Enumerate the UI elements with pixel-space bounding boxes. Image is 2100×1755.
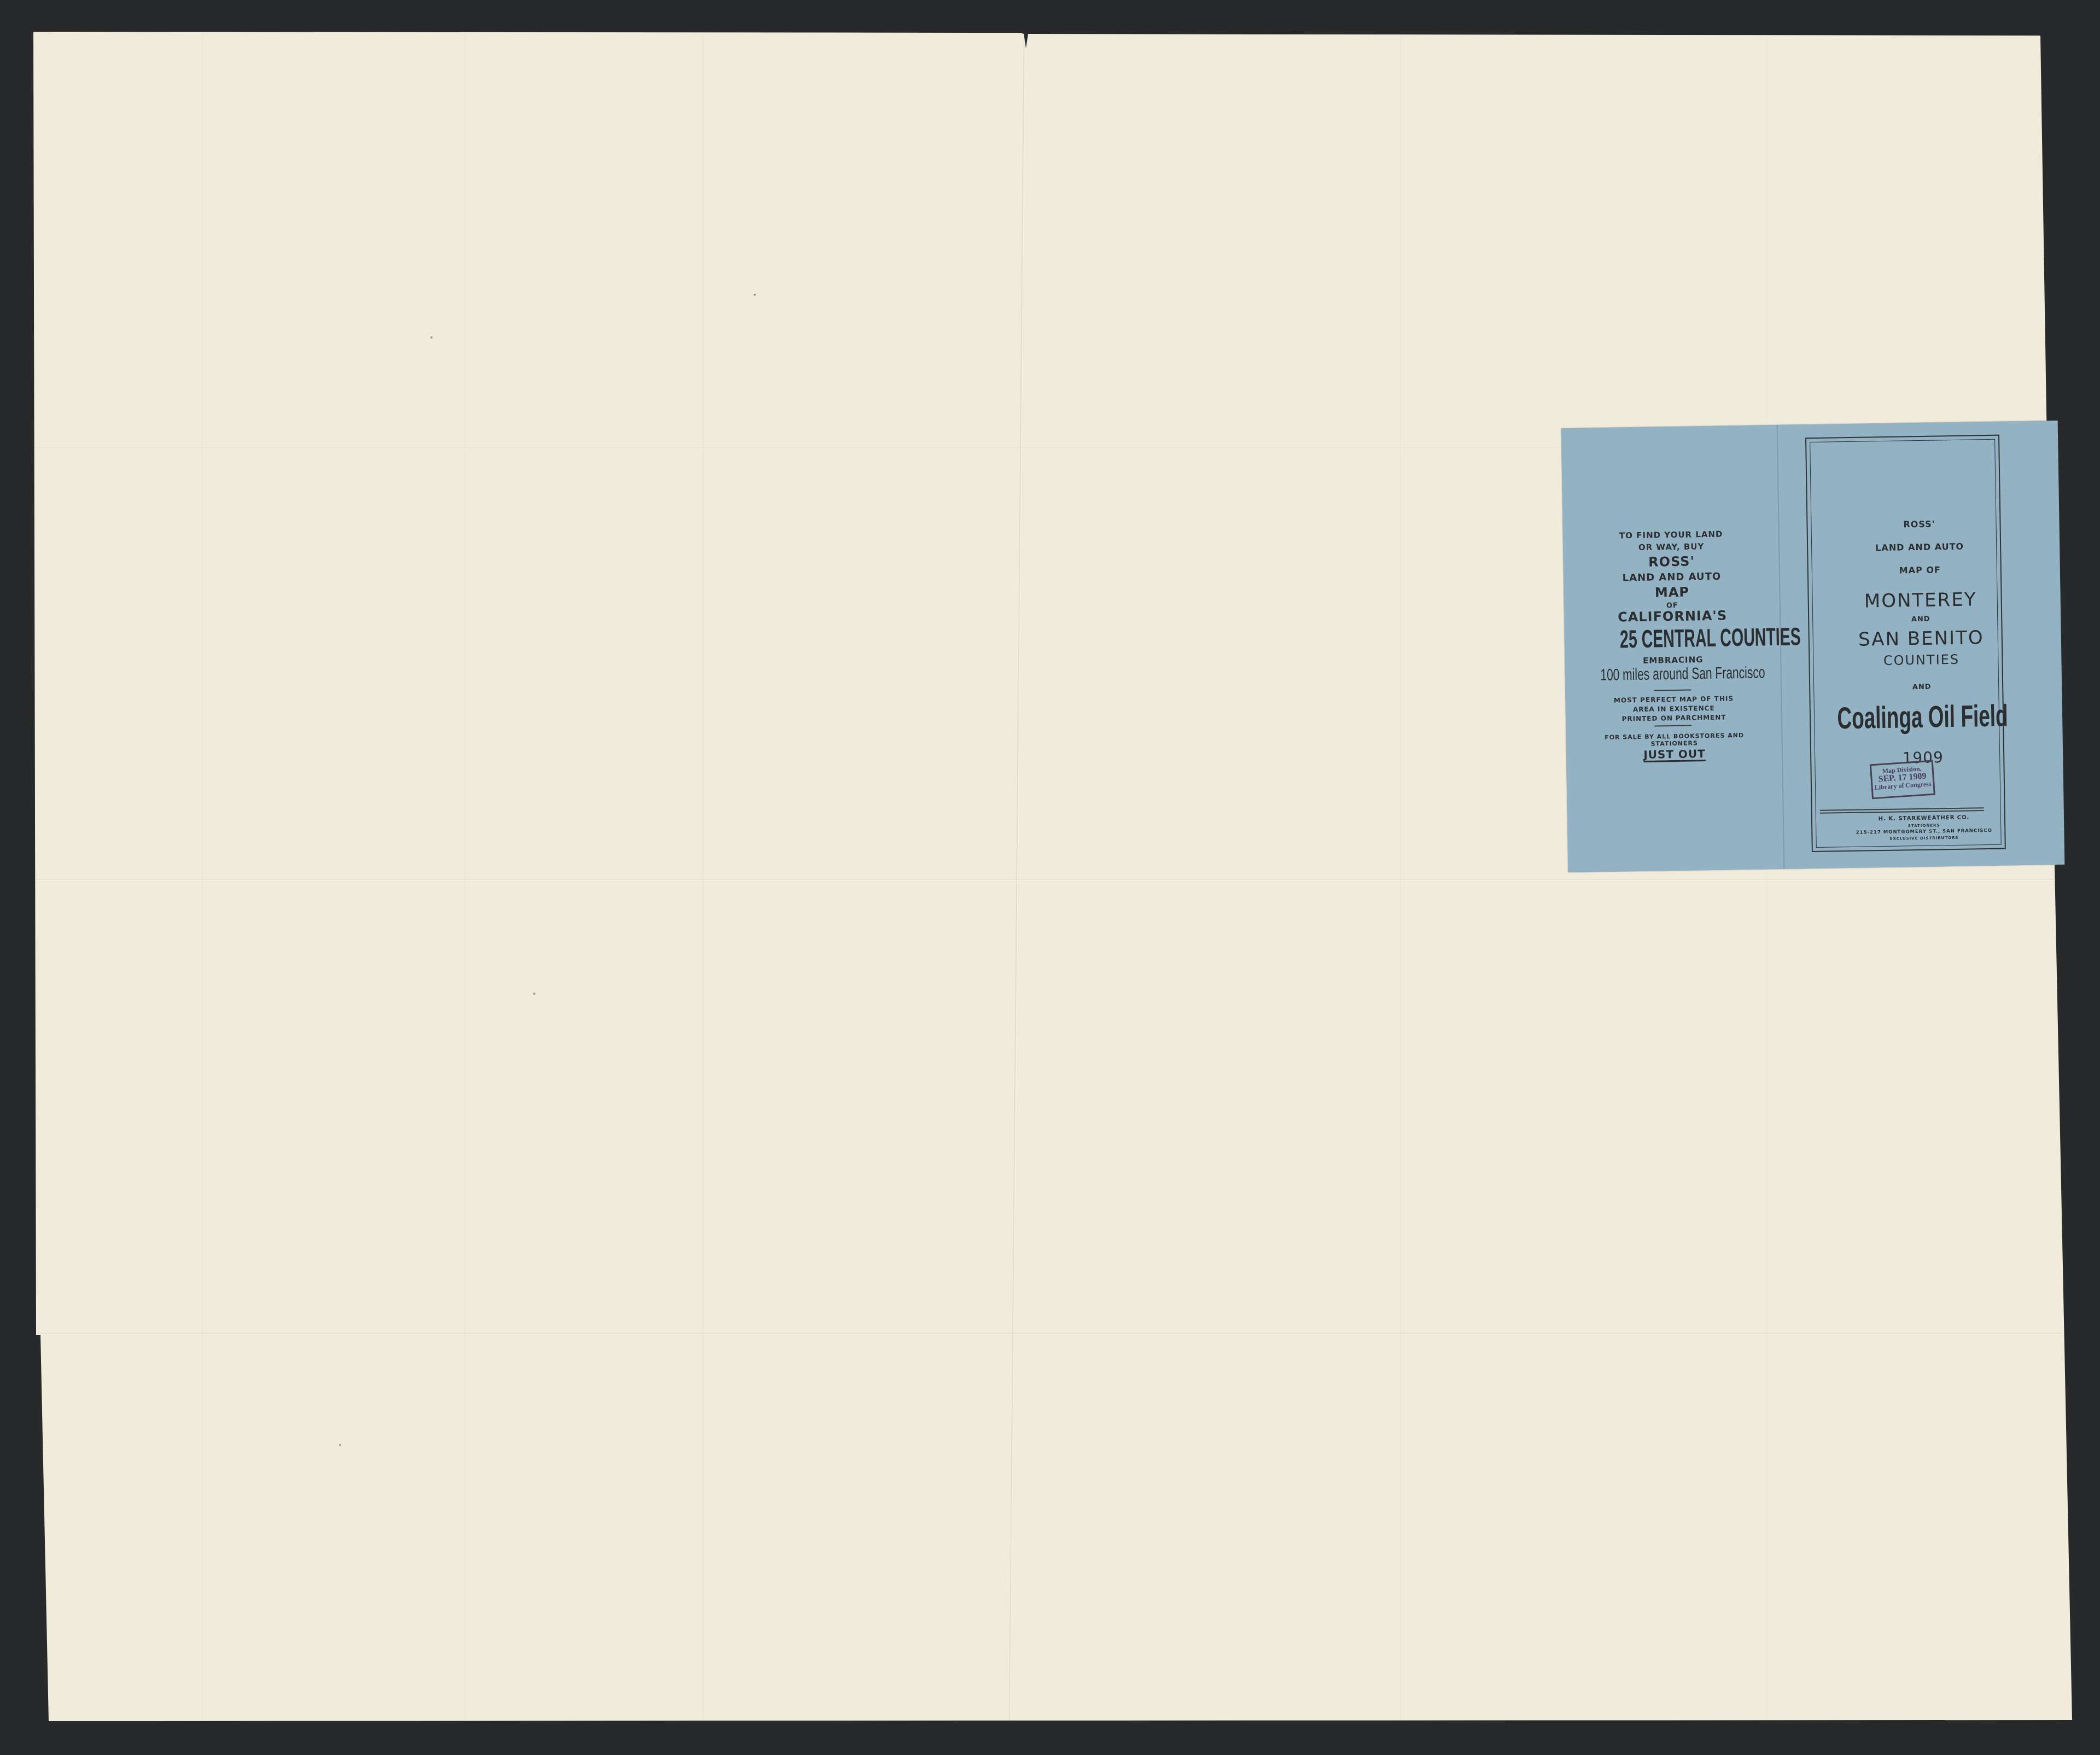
ad-claim: PRINTED ON PARCHMENT (1566, 713, 1782, 724)
cover-county-2: SAN BENITO (1781, 626, 2062, 652)
center-horizontal-fold (35, 879, 2058, 881)
ad-line: TO FIND YOUR LAND (1563, 528, 1780, 541)
ad-counties: 25 CENTRAL COUNTIES (1620, 621, 1801, 654)
divider-rule (1654, 690, 1691, 691)
ad-map: MAP (1564, 583, 1780, 602)
ad-brand: ROSS' (1563, 552, 1780, 571)
fold-crease (202, 33, 204, 1720)
cover-front-panel: ROSS' LAND AND AUTO MAP OF MONTEREY AND … (1778, 421, 2065, 869)
lower-horizontal-fold (38, 1333, 2062, 1334)
ad-callout: JUST OUT (1566, 746, 1783, 762)
paper-speck (430, 336, 433, 339)
map-cover: TO FIND YOUR LAND OR WAY, BUY ROSS' LAND… (1561, 421, 2065, 872)
fold-crease (1766, 33, 1768, 1720)
center-vertical-fold (1009, 33, 1025, 1723)
fold-crease (1400, 33, 1402, 1720)
ad-subtitle: LAND AND AUTO (1564, 570, 1780, 585)
fold-crease (703, 33, 704, 1720)
paper-speck (339, 1444, 341, 1446)
cover-back-panel: TO FIND YOUR LAND OR WAY, BUY ROSS' LAND… (1561, 425, 1785, 872)
cover-county-1: MONTEREY (1780, 587, 2061, 614)
library-of-congress-stamp: Map Division, SEP. 17 1909 Library of Co… (1870, 760, 1935, 800)
paper-speck (754, 294, 756, 296)
ad-radius: 100 miles around San Francisco (1600, 663, 1765, 685)
divider-rule (1654, 725, 1691, 727)
fold-crease (465, 33, 466, 1720)
paper-speck (533, 993, 535, 995)
cover-oilfield: Coalinga Oil Field (1836, 697, 2008, 736)
map-sheet-verso (0, 0, 2100, 1755)
ad-line: OR WAY, BUY (1563, 540, 1780, 553)
